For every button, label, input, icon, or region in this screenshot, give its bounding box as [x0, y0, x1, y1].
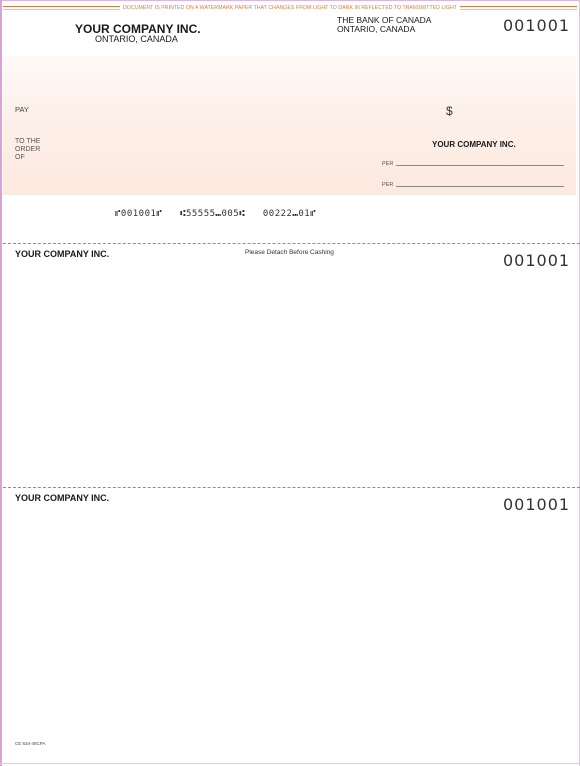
bank-location: ONTARIO, CANADA [337, 25, 431, 34]
order-label: TO THE ORDER OF [15, 138, 40, 162]
stub1-cheque-number: 001001 [503, 251, 570, 270]
order-label-line: ORDER [15, 146, 40, 154]
order-label-line: TO THE [15, 138, 40, 146]
detach-line [3, 243, 580, 244]
signature-rule [396, 165, 564, 166]
stub1-company-name: YOUR COMPANY INC. [15, 249, 109, 259]
detach-line [3, 487, 580, 488]
page-border-bottom [0, 763, 580, 764]
bank-info: THE BANK OF CANADA ONTARIO, CANADA [337, 16, 431, 34]
signature-line-2[interactable]: PER [382, 182, 564, 188]
page-border-top [0, 0, 580, 1]
micr-line: ⑈001001⑈ ⑆55555⑉005⑆ 00222⑉01⑈ [115, 209, 316, 219]
stub2-cheque-number: 001001 [503, 495, 570, 514]
signature-company: YOUR COMPANY INC. [432, 140, 516, 149]
detach-note: Please Detach Before Cashing [245, 249, 334, 256]
cheque-body-band [3, 56, 576, 195]
form-code: CE 634-48CPA [15, 741, 45, 746]
page-border-left [0, 0, 2, 766]
per-label: PER [382, 182, 393, 188]
per-label: PER [382, 161, 393, 167]
pay-label: PAY [15, 105, 29, 114]
signature-line-1[interactable]: PER [382, 161, 564, 167]
stub2-company-name: YOUR COMPANY INC. [15, 493, 109, 503]
company-location: ONTARIO, CANADA [95, 34, 178, 44]
watermark-rule-left [3, 6, 120, 11]
watermark-strip: DOCUMENT IS PRINTED ON A WATERMARK PAPER… [3, 3, 577, 13]
cheque-number: 001001 [503, 16, 570, 35]
watermark-rule-right [460, 6, 577, 11]
signature-rule [396, 186, 564, 187]
dollar-sign-icon: $ [446, 104, 453, 118]
order-label-line: OF [15, 154, 40, 162]
watermark-notice: DOCUMENT IS PRINTED ON A WATERMARK PAPER… [120, 5, 460, 11]
